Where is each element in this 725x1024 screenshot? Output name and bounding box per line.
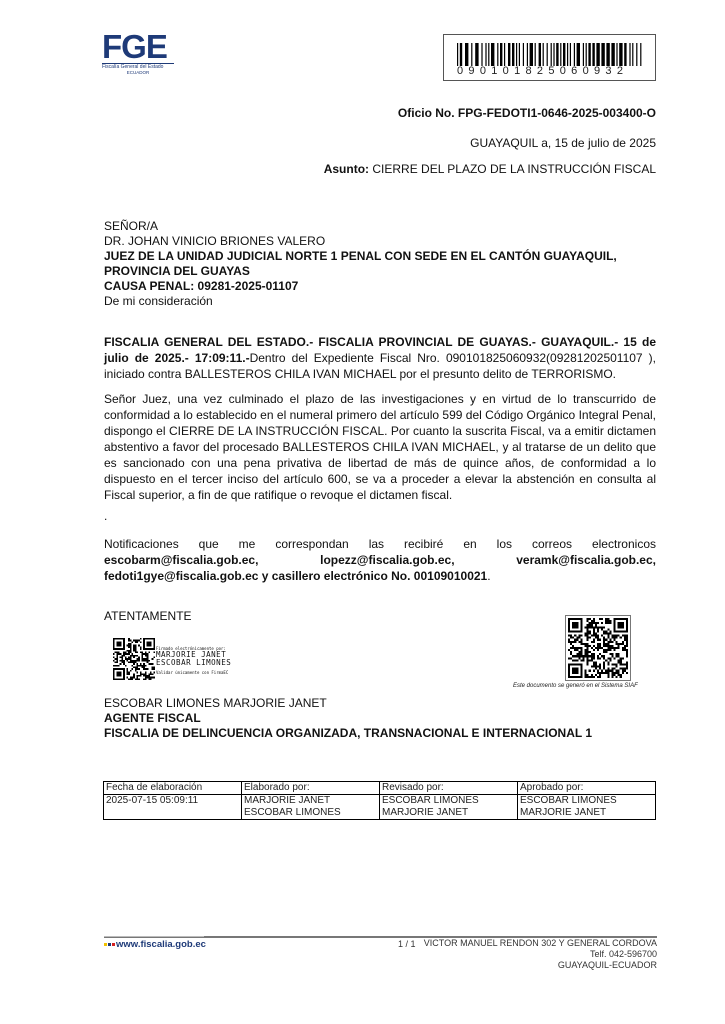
oficio-number: Oficio No. FPG-FEDOTI1-0646-2025-003400-…: [398, 106, 656, 121]
cell-line: 2025-07-15 05:09:11: [106, 795, 239, 807]
cell-line: MARJORIE JANET: [520, 807, 653, 819]
recipient-title-2: PROVINCIA DEL GUAYAS: [104, 264, 617, 279]
signer-unit: FISCALIA DE DELINCUENCIA ORGANIZADA, TRA…: [104, 726, 592, 741]
cell-aprobado: ESCOBAR LIMONESMARJORIE JANET: [518, 795, 656, 820]
notification-end: .: [487, 569, 490, 583]
approval-table: Fecha de elaboración Elaborado por: Revi…: [103, 781, 656, 820]
logo-country: ECUADOR: [102, 70, 174, 76]
greeting: De mi consideración: [104, 294, 617, 309]
header-revisado: Revisado por:: [380, 782, 518, 795]
place-date: GUAYAQUIL a, 15 de julio de 2025: [470, 136, 656, 151]
footer-divider-left: [104, 936, 204, 937]
siaf-qr: [565, 615, 631, 681]
regards: ATENTAMENTE: [104, 609, 192, 624]
recipient-name: DR. JOHAN VINICIO BRIONES VALERO: [104, 234, 617, 249]
signer-line-2: ESCOBAR LIMONES: [156, 659, 231, 667]
logo-acronym: FGE: [102, 32, 174, 62]
signature-qr-icon: [113, 638, 155, 680]
salutation: SEÑOR/A: [104, 219, 617, 234]
paragraph-cierre: Señor Juez, una vez culminado el plazo d…: [104, 391, 656, 503]
footer-website-link[interactable]: www.fiscalia.gob.ec: [104, 939, 206, 950]
footer-dot-icon: [108, 943, 111, 946]
causa-penal: CAUSA PENAL: 09281-2025-01107: [104, 279, 617, 294]
footer-dot-icon: [112, 943, 115, 946]
subject-label: Asunto:: [324, 162, 369, 176]
paragraph-notificaciones: Notificaciones que me correspondan las r…: [104, 536, 656, 584]
header-fecha: Fecha de elaboración: [104, 782, 242, 795]
paragraph-expediente: FISCALIA GENERAL DEL ESTADO.- FISCALIA P…: [104, 334, 656, 382]
table-header-row: Fecha de elaboración Elaborado por: Revi…: [104, 782, 656, 795]
signer-position: AGENTE FISCAL: [104, 711, 592, 726]
footer-url-text: www.fiscalia.gob.ec: [116, 939, 206, 950]
table-row: 2025-07-15 05:09:11 MARJORIE JANETESCOBA…: [104, 795, 656, 820]
notification-text: Notificaciones que me correspondan las r…: [104, 537, 656, 551]
siaf-qr-icon: [568, 618, 628, 678]
cell-line: ESCOBAR LIMONES: [520, 795, 653, 807]
barcode-icon: [457, 43, 643, 66]
fge-logo: FGE Fiscalía General del Estado ECUADOR: [102, 32, 174, 74]
footer-city: GUAYAQUIL-ECUADOR: [558, 960, 657, 971]
notification-emails: escobarm@fiscalia.gob.ec, lopezz@fiscali…: [104, 553, 656, 583]
cell-line: [106, 807, 239, 819]
cell-line: MARJORIE JANET: [244, 795, 377, 807]
recipient-block: SEÑOR/A DR. JOHAN VINICIO BRIONES VALERO…: [104, 219, 617, 309]
barcode-number: 090101825060932: [457, 65, 643, 77]
page-number: 1 / 1: [398, 939, 416, 949]
subject: Asunto: CIERRE DEL PLAZO DE LA INSTRUCCI…: [324, 162, 656, 177]
cell-line: ESCOBAR LIMONES: [382, 795, 515, 807]
separator-dot: .: [104, 509, 107, 524]
footer-address: VICTOR MANUEL RENDON 302 Y GENERAL CORDO…: [424, 938, 657, 949]
cell-fecha: 2025-07-15 05:09:11: [104, 795, 242, 820]
recipient-title-1: JUEZ DE LA UNIDAD JUDICIAL NORTE 1 PENAL…: [104, 249, 617, 264]
siaf-caption: Este documento se generó en el Sistema S…: [513, 683, 638, 689]
cell-revisado: ESCOBAR LIMONESMARJORIE JANET: [380, 795, 518, 820]
signer-name: ESCOBAR LIMONES MARJORIE JANET: [104, 696, 592, 711]
electronic-signature: Firmado electrónicamente por: MARJORIE J…: [156, 646, 231, 675]
footer-phone: Telf. 042-596700: [590, 949, 657, 960]
cell-elaborado: MARJORIE JANETESCOBAR LIMONES: [242, 795, 380, 820]
header-aprobado: Aprobado por:: [518, 782, 656, 795]
footer-dot-icon: [104, 943, 107, 946]
cell-line: MARJORIE JANET: [382, 807, 515, 819]
cell-line: ESCOBAR LIMONES: [244, 807, 377, 819]
subject-text: CIERRE DEL PLAZO DE LA INSTRUCCIÓN FISCA…: [369, 162, 656, 176]
header-elaborado: Elaborado por:: [242, 782, 380, 795]
barcode: 090101825060932: [443, 34, 656, 81]
signer-block: ESCOBAR LIMONES MARJORIE JANET AGENTE FI…: [104, 696, 592, 741]
validate-label: Validar únicamente con FirmaEC: [156, 670, 231, 675]
